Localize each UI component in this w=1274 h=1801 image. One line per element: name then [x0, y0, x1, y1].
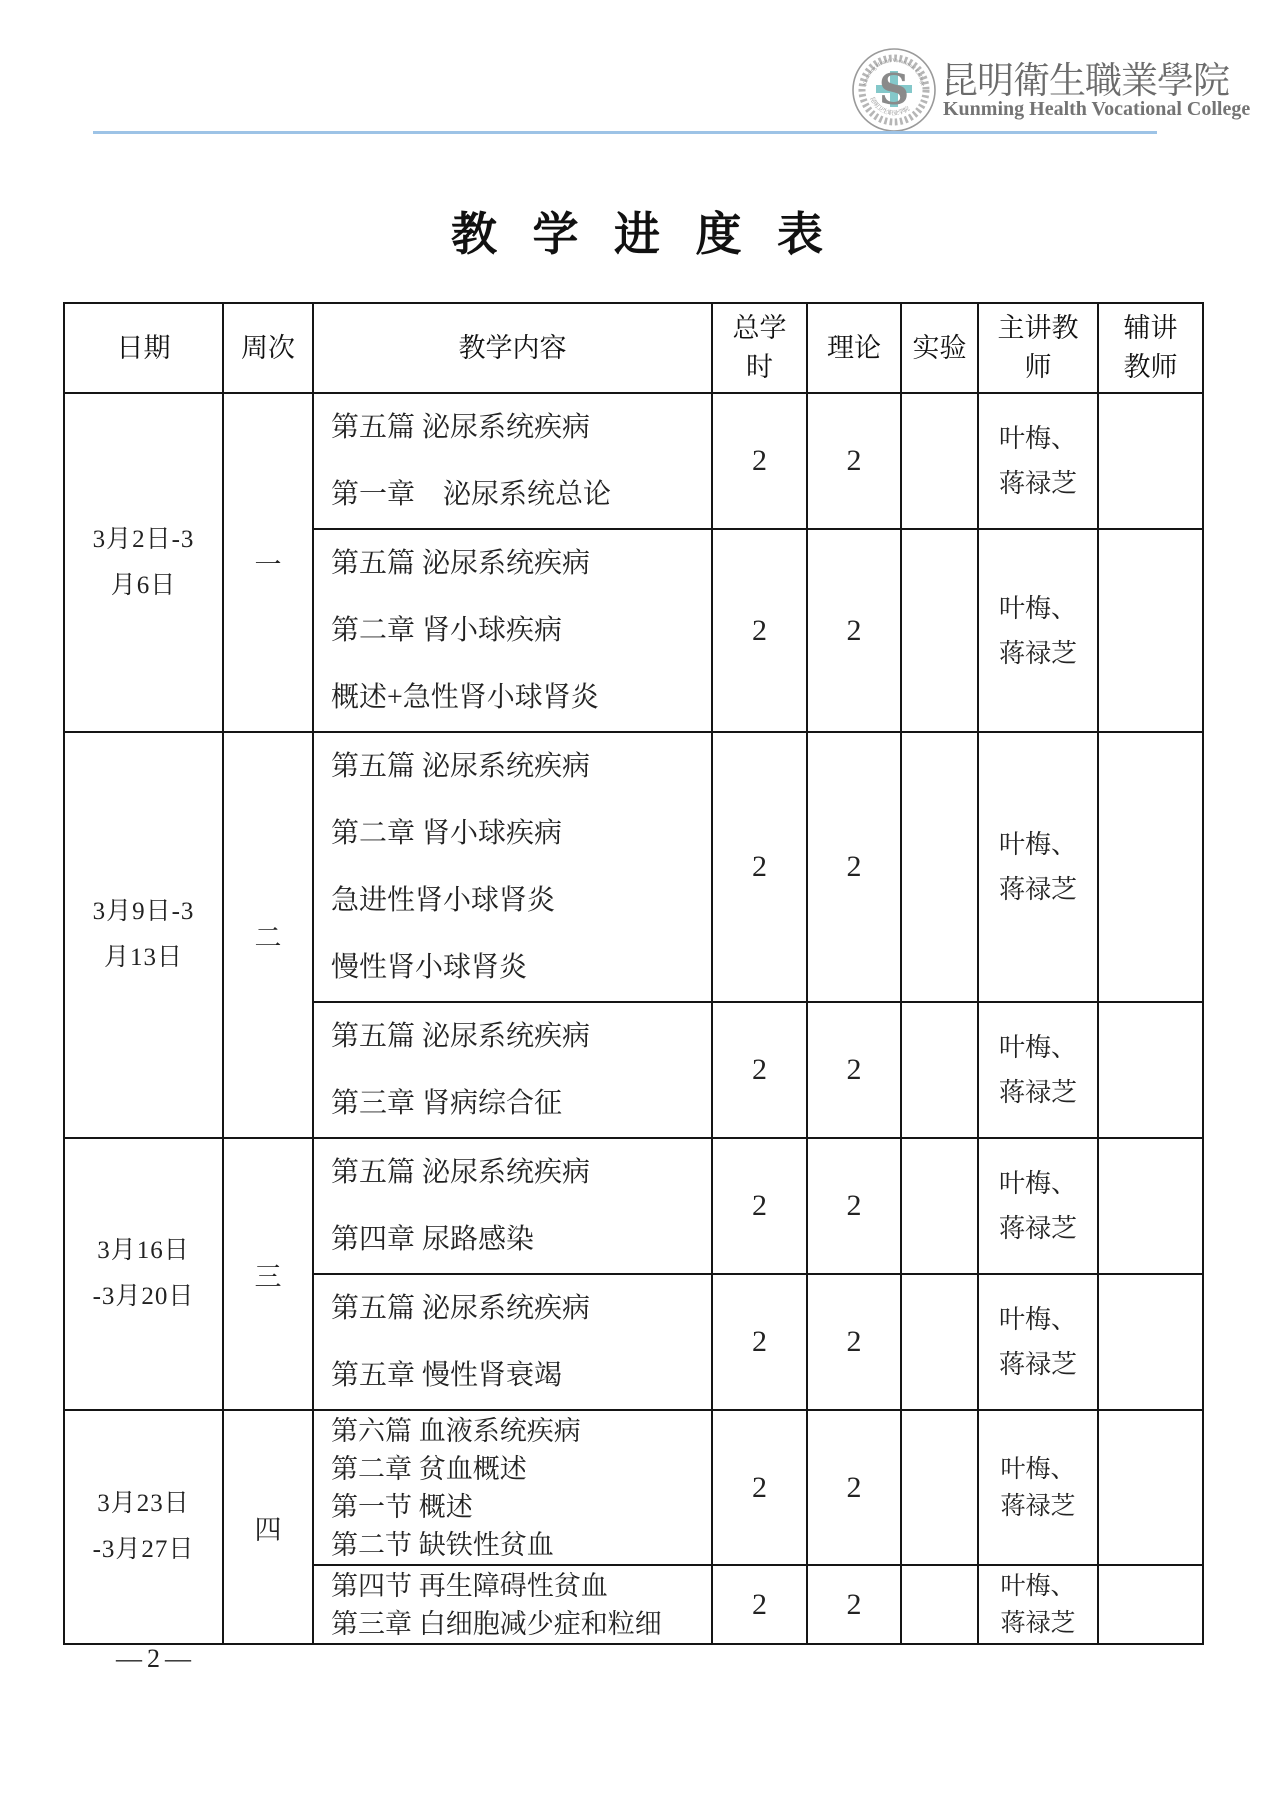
teacher-line: 叶梅、 [979, 1568, 1097, 1605]
teacher-line: 叶梅、 [979, 1025, 1097, 1070]
lab-hours-cell [901, 732, 978, 1002]
content-line: 急进性肾小球肾炎 [331, 867, 711, 934]
week-cell: 三 [223, 1138, 313, 1410]
content-line: 第五篇 泌尿系统疾病 [331, 733, 711, 800]
date-line: 月13日 [65, 935, 222, 981]
content-cell: 第五篇 泌尿系统疾病 第二章 肾小球疾病 概述+急性肾小球肾炎 [313, 529, 712, 732]
lab-hours-cell [901, 1138, 978, 1274]
theory-hours-cell: 2 [807, 732, 901, 1002]
content-line: 第三章 肾病综合征 [331, 1070, 711, 1137]
college-name-calligraphy: 昆明衛生職業學院 [941, 50, 1231, 104]
col-header-lead-teacher: 主讲教师 [978, 303, 1098, 393]
content-cell: 第五篇 泌尿系统疾病 第二章 肾小球疾病 急进性肾小球肾炎 慢性肾小球肾炎 [313, 732, 712, 1002]
table-row: 3月2日-3 月6日 一 第五篇 泌尿系统疾病 第一章 泌尿系统总论 2 2 叶… [64, 393, 1203, 529]
theory-hours-cell: 2 [807, 1138, 901, 1274]
lab-hours-cell [901, 1274, 978, 1410]
date-cell: 3月23日 -3月27日 [64, 1410, 223, 1644]
page-title: 教 学 进 度 表 [0, 206, 1274, 264]
lab-hours-cell [901, 1002, 978, 1138]
content-line: 第四章 尿路感染 [331, 1206, 711, 1273]
teacher-cell: 叶梅、 蒋禄芝 [978, 529, 1098, 732]
teacher-line: 叶梅、 [979, 416, 1097, 461]
theory-hours-cell: 2 [807, 1274, 901, 1410]
lab-hours-cell [901, 1565, 978, 1644]
content-line: 第一节 概述 [331, 1488, 711, 1526]
content-line: 第六篇 血液系统疾病 [331, 1412, 711, 1450]
col-header-date: 日期 [64, 303, 223, 393]
teacher-cell: 叶梅、 蒋禄芝 [978, 1138, 1098, 1274]
col-header-total-hours: 总学时 [712, 303, 807, 393]
content-line: 第三章 白细胞减少症和粒细 [331, 1605, 711, 1643]
content-line: 第二章 贫血概述 [331, 1450, 711, 1488]
page-number: —2— [116, 1644, 196, 1674]
total-hours-cell: 2 [712, 529, 807, 732]
table-row: 3月23日 -3月27日 四 第六篇 血液系统疾病 第二章 贫血概述 第一节 概… [64, 1410, 1203, 1565]
teacher-line: 蒋禄芝 [979, 1206, 1097, 1251]
table-header-row: 日期 周次 教学内容 总学时 理论 实验 主讲教师 辅讲教师 [64, 303, 1203, 393]
content-cell: 第五篇 泌尿系统疾病 第四章 尿路感染 [313, 1138, 712, 1274]
teacher-line: 蒋禄芝 [979, 1070, 1097, 1115]
date-line: 3月16日 [65, 1228, 222, 1274]
teacher-cell: 叶梅、 蒋禄芝 [978, 1565, 1098, 1644]
total-hours-cell: 2 [712, 1410, 807, 1565]
letterhead-divider [93, 131, 1157, 134]
col-header-assistant-teacher: 辅讲教师 [1098, 303, 1203, 393]
content-cell: 第五篇 泌尿系统疾病 第三章 肾病综合征 [313, 1002, 712, 1138]
table-row: 3月9日-3 月13日 二 第五篇 泌尿系统疾病 第二章 肾小球疾病 急进性肾小… [64, 732, 1203, 1002]
assistant-teacher-cell [1098, 393, 1203, 529]
content-line: 第二章 肾小球疾病 [331, 597, 711, 664]
teacher-line: 蒋禄芝 [979, 461, 1097, 506]
content-cell: 第六篇 血液系统疾病 第二章 贫血概述 第一节 概述 第二节 缺铁性贫血 [313, 1410, 712, 1565]
date-cell: 3月9日-3 月13日 [64, 732, 223, 1138]
total-hours-cell: 2 [712, 1274, 807, 1410]
date-line: -3月20日 [65, 1274, 222, 1320]
assistant-teacher-cell [1098, 1138, 1203, 1274]
week-cell: 二 [223, 732, 313, 1138]
document-page: Kunming Health Vocational College 昆明卫生职业… [0, 0, 1274, 1801]
lab-hours-cell [901, 1410, 978, 1565]
content-cell: 第四节 再生障碍性贫血 第三章 白细胞减少症和粒细 [313, 1565, 712, 1644]
lab-hours-cell [901, 393, 978, 529]
teaching-schedule-table: 日期 周次 教学内容 总学时 理论 实验 主讲教师 辅讲教师 3月2日-3 月6… [63, 302, 1204, 1645]
content-line: 第五篇 泌尿系统疾病 [331, 530, 711, 597]
date-line: 3月2日-3 [65, 517, 222, 563]
content-line: 第五篇 泌尿系统疾病 [331, 394, 711, 461]
assistant-teacher-cell [1098, 1002, 1203, 1138]
college-seal-icon: Kunming Health Vocational College 昆明卫生职业… [851, 46, 937, 134]
date-line: 3月9日-3 [65, 889, 222, 935]
assistant-teacher-cell [1098, 529, 1203, 732]
teacher-line: 蒋禄芝 [979, 1488, 1097, 1525]
assistant-teacher-cell [1098, 1274, 1203, 1410]
content-cell: 第五篇 泌尿系统疾病 第五章 慢性肾衰竭 [313, 1274, 712, 1410]
teacher-line: 叶梅、 [979, 1161, 1097, 1206]
teacher-line: 叶梅、 [979, 1297, 1097, 1342]
seal-monogram: S [879, 65, 909, 114]
total-hours-cell: 2 [712, 1002, 807, 1138]
theory-hours-cell: 2 [807, 1565, 901, 1644]
content-line: 第五章 慢性肾衰竭 [331, 1342, 711, 1409]
total-hours-cell: 2 [712, 1565, 807, 1644]
theory-hours-cell: 2 [807, 1002, 901, 1138]
date-line: -3月27日 [65, 1527, 222, 1573]
college-name-english: Kunming Health Vocational College [943, 98, 1223, 121]
theory-hours-cell: 2 [807, 1410, 901, 1565]
theory-hours-cell: 2 [807, 393, 901, 529]
content-line: 第四节 再生障碍性贫血 [331, 1567, 711, 1605]
content-line: 概述+急性肾小球肾炎 [331, 664, 711, 731]
content-line: 第五篇 泌尿系统疾病 [331, 1003, 711, 1070]
assistant-teacher-cell [1098, 1410, 1203, 1565]
teacher-cell: 叶梅、 蒋禄芝 [978, 393, 1098, 529]
teacher-line: 叶梅、 [979, 1451, 1097, 1488]
content-cell: 第五篇 泌尿系统疾病 第一章 泌尿系统总论 [313, 393, 712, 529]
date-cell: 3月16日 -3月20日 [64, 1138, 223, 1410]
theory-hours-cell: 2 [807, 529, 901, 732]
total-hours-cell: 2 [712, 1138, 807, 1274]
table-row: 3月16日 -3月20日 三 第五篇 泌尿系统疾病 第四章 尿路感染 2 2 叶… [64, 1138, 1203, 1274]
assistant-teacher-cell [1098, 732, 1203, 1002]
date-line: 月6日 [65, 563, 222, 609]
teacher-line: 蒋禄芝 [979, 867, 1097, 912]
content-line: 第五篇 泌尿系统疾病 [331, 1139, 711, 1206]
col-header-content: 教学内容 [313, 303, 712, 393]
total-hours-cell: 2 [712, 732, 807, 1002]
content-line: 慢性肾小球肾炎 [331, 934, 711, 1001]
teacher-cell: 叶梅、 蒋禄芝 [978, 732, 1098, 1002]
content-line: 第二章 肾小球疾病 [331, 800, 711, 867]
date-cell: 3月2日-3 月6日 [64, 393, 223, 732]
assistant-teacher-cell [1098, 1565, 1203, 1644]
content-line: 第五篇 泌尿系统疾病 [331, 1275, 711, 1342]
teacher-line: 叶梅、 [979, 822, 1097, 867]
col-header-theory: 理论 [807, 303, 901, 393]
week-cell: 四 [223, 1410, 313, 1644]
teacher-cell: 叶梅、 蒋禄芝 [978, 1002, 1098, 1138]
teacher-line: 蒋禄芝 [979, 631, 1097, 676]
college-seal-logo: Kunming Health Vocational College 昆明卫生职业… [851, 46, 937, 134]
teacher-line: 蒋禄芝 [979, 1342, 1097, 1387]
teacher-line: 蒋禄芝 [979, 1605, 1097, 1642]
col-header-lab: 实验 [901, 303, 978, 393]
lab-hours-cell [901, 529, 978, 732]
teacher-cell: 叶梅、 蒋禄芝 [978, 1410, 1098, 1565]
teacher-line: 叶梅、 [979, 586, 1097, 631]
week-cell: 一 [223, 393, 313, 732]
content-line: 第一章 泌尿系统总论 [331, 461, 711, 528]
date-line: 3月23日 [65, 1481, 222, 1527]
teacher-cell: 叶梅、 蒋禄芝 [978, 1274, 1098, 1410]
content-line: 第二节 缺铁性贫血 [331, 1526, 711, 1564]
total-hours-cell: 2 [712, 393, 807, 529]
col-header-week: 周次 [223, 303, 313, 393]
